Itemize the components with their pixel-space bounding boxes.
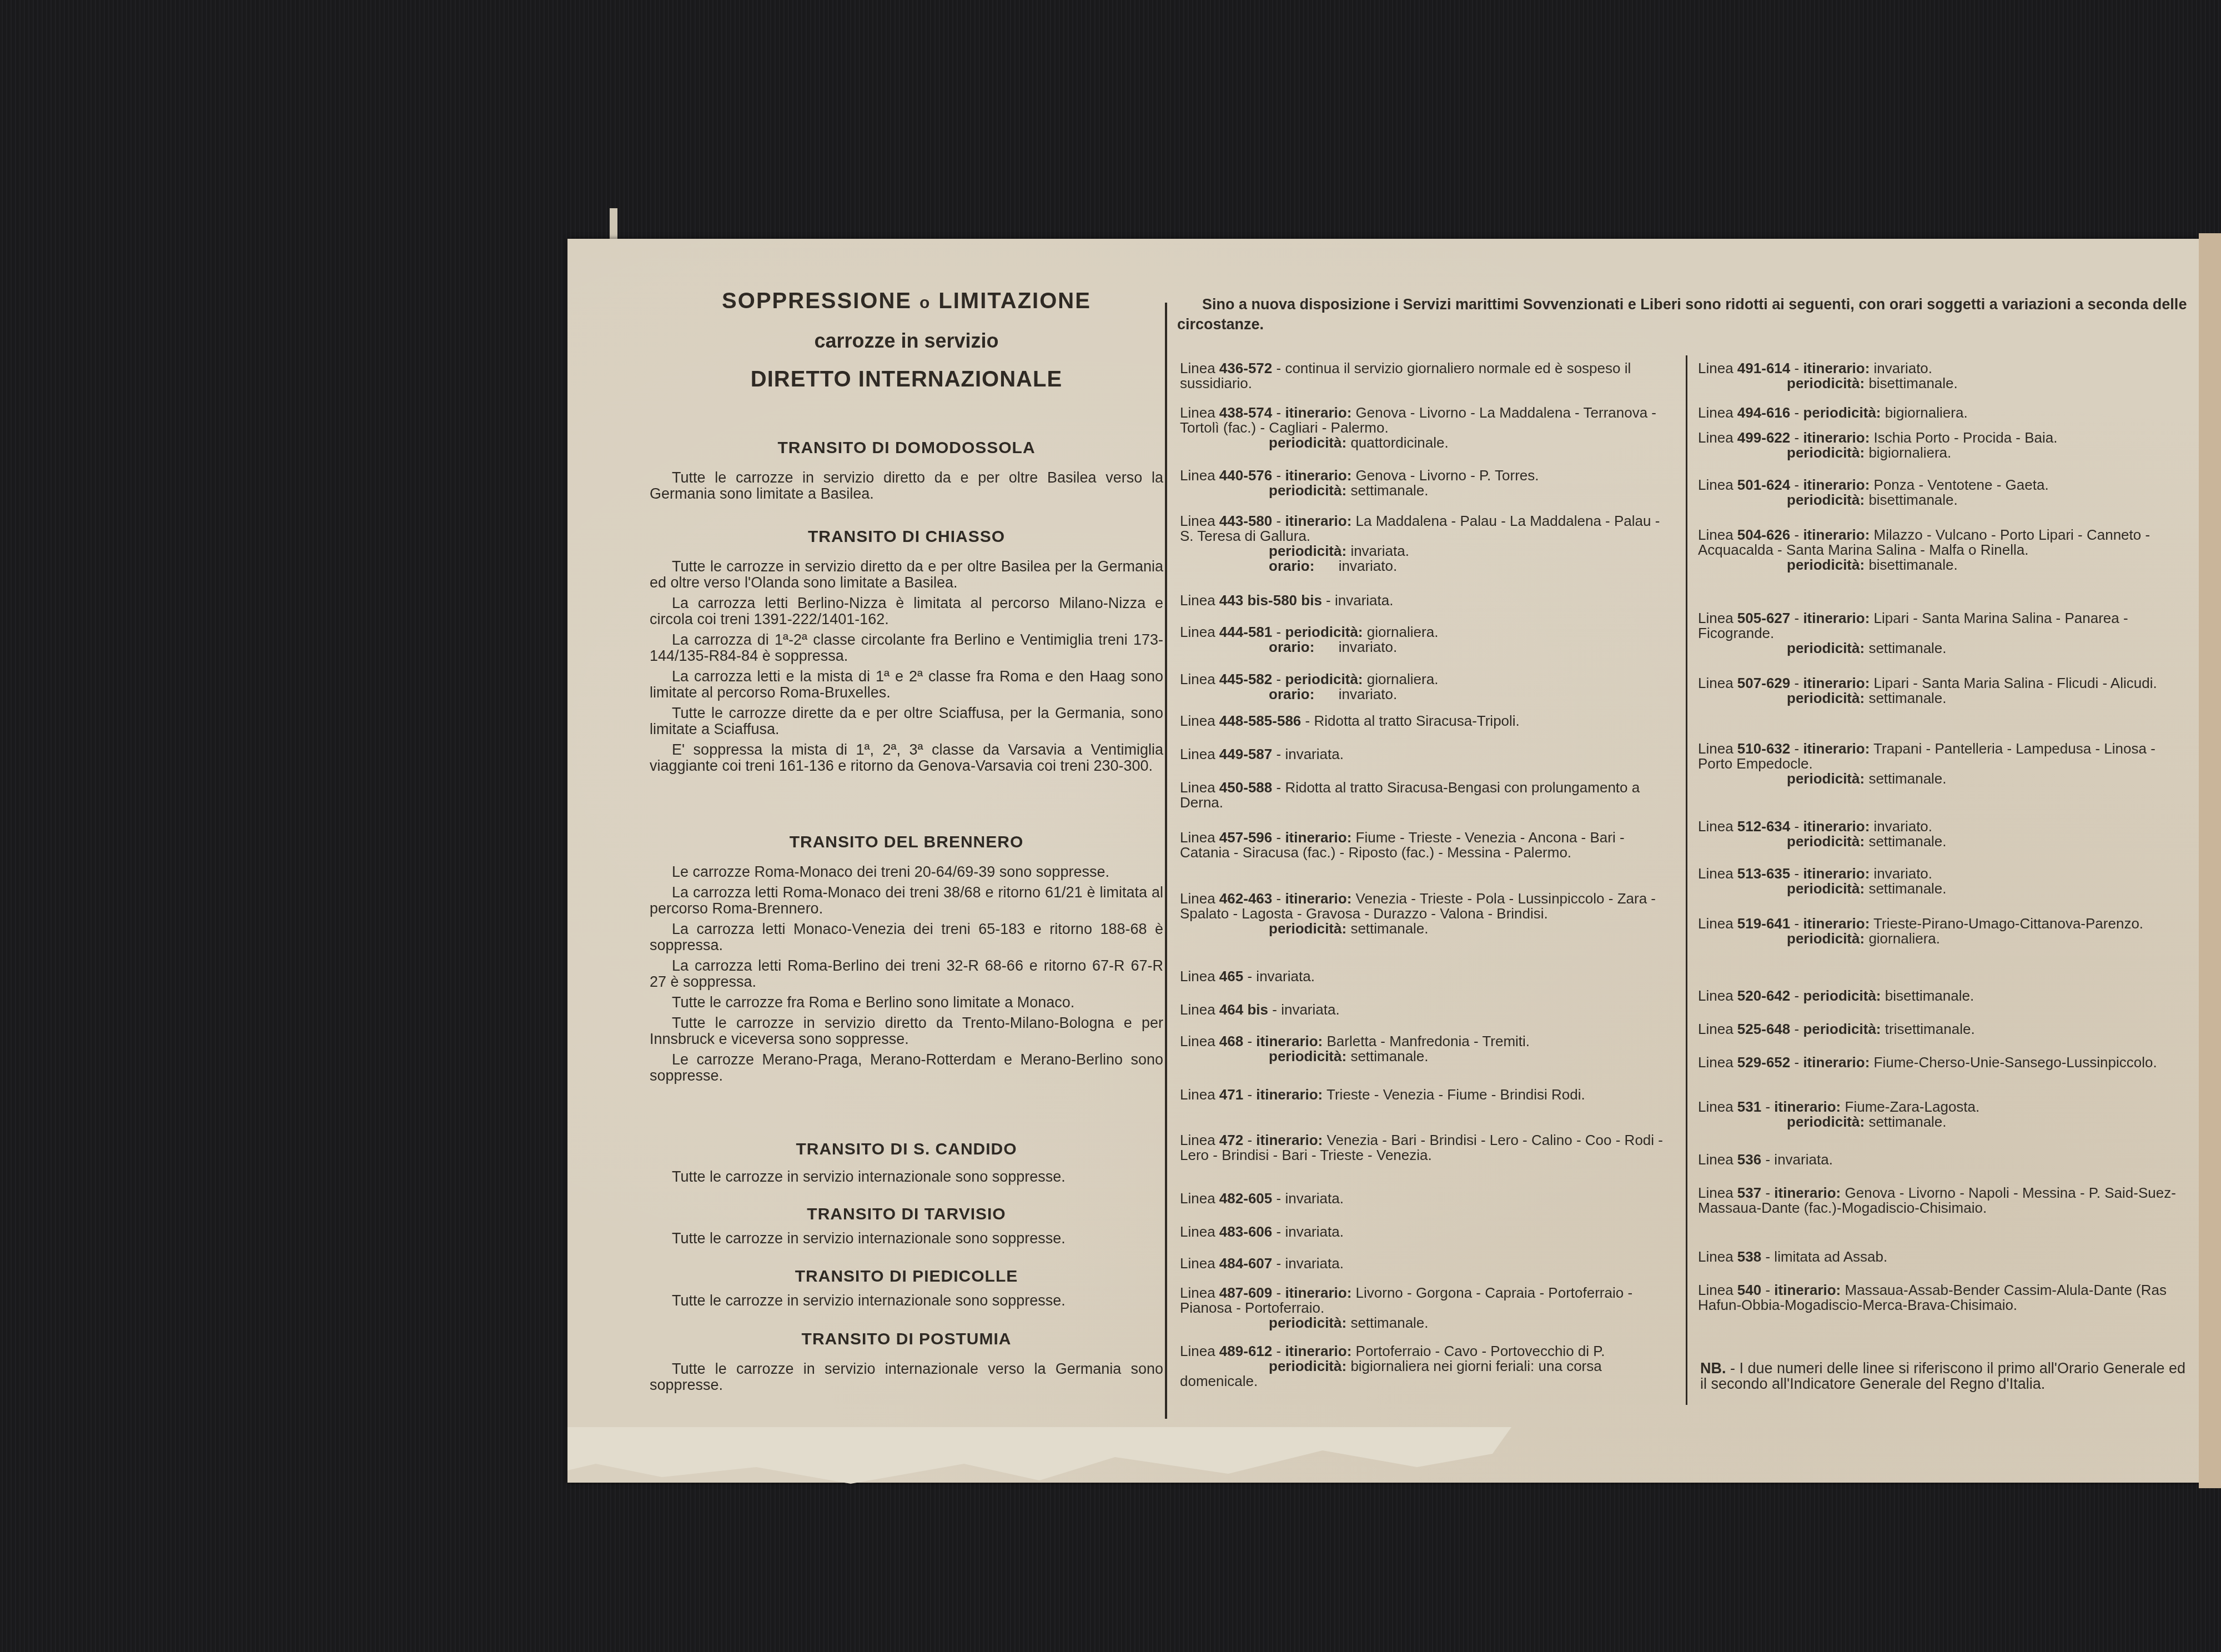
shipping-line-entry: Linea 494-616 - periodicità: bigiornalie…	[1698, 405, 2192, 420]
title-conjunction: o	[919, 294, 931, 312]
frequency-value: settimanale.	[1868, 880, 1946, 897]
periodicita-key: periodicità:	[1269, 543, 1346, 559]
itinerario-key: itinerario:	[1803, 818, 1870, 835]
line-number: 491-614	[1737, 360, 1790, 376]
shipping-line-entry: Linea 471 - itinerario: Trieste - Venezi…	[1180, 1087, 1674, 1102]
line-number: 540	[1737, 1282, 1761, 1298]
binding-spine	[2199, 233, 2221, 1488]
periodicita-key: periodicità:	[1269, 920, 1346, 937]
periodicita-key: periodicità:	[1269, 482, 1346, 499]
line-number: 499-622	[1737, 429, 1790, 446]
linea-label: Linea	[1180, 360, 1215, 376]
itinerary-value: Barletta - Manfredonia - Tremiti.	[1327, 1033, 1530, 1050]
line-status: invariata.	[1335, 592, 1394, 609]
linea-label: Linea	[1180, 1343, 1215, 1359]
shipping-line-entry: Linea 501-624 - itinerario: Ponza - Vent…	[1698, 478, 2192, 508]
linea-label: Linea	[1180, 890, 1215, 907]
linea-label: Linea	[1698, 915, 1733, 932]
shipping-line-entry: Linea 505-627 - itinerario: Lipari - San…	[1698, 611, 2192, 656]
line-number: 471	[1219, 1086, 1243, 1103]
section-postumia: TRANSITO DI POSTUMIA Tutte le carrozze i…	[650, 1330, 1163, 1398]
periodicita-key: periodicità:	[1787, 880, 1865, 897]
itinerario-key: itinerario:	[1256, 1086, 1323, 1103]
linea-label: Linea	[1180, 1223, 1215, 1240]
linea-label: Linea	[1698, 987, 1733, 1004]
linea-label: Linea	[1698, 1282, 1733, 1298]
line-status: invariata.	[1285, 746, 1344, 762]
shipping-line-entry: Linea 436-572 - continua il servizio gio…	[1180, 361, 1674, 391]
paragraph: Tutte le carrozze in servizio diretto da…	[650, 470, 1163, 502]
periodicita-key: periodicità:	[1269, 1314, 1346, 1331]
frequency-value: settimanale.	[1350, 1314, 1428, 1331]
linea-label: Linea	[1180, 1086, 1215, 1103]
shipping-line-entry: Linea 487-609 - itinerario: Livorno - Go…	[1180, 1286, 1674, 1330]
paragraph: La carrozza letti Roma-Monaco dei treni …	[650, 885, 1163, 917]
linea-label: Linea	[1180, 1132, 1215, 1148]
paragraph: La carrozza di 1ª-2ª classe circolante f…	[650, 632, 1163, 664]
line-number: 484-607	[1219, 1255, 1272, 1272]
linea-label: Linea	[1698, 429, 1733, 446]
title-word-limitazione: LIMITAZIONE	[938, 289, 1091, 313]
linea-label: Linea	[1180, 746, 1215, 762]
linea-label: Linea	[1698, 818, 1733, 835]
periodicita-key: periodicità:	[1787, 444, 1865, 461]
linea-label: Linea	[1180, 671, 1215, 687]
itinerary-value: Genova - Livorno - P. Torres.	[1356, 467, 1539, 484]
line-number: 457-596	[1219, 829, 1272, 846]
line-number: 444-581	[1219, 624, 1272, 640]
itinerario-key: itinerario:	[1256, 1132, 1323, 1148]
linea-label: Linea	[1698, 360, 1733, 376]
itinerary-value: Ponza - Ventotene - Gaeta.	[1874, 476, 2049, 493]
shipping-line-entry: Linea 519-641 - itinerario: Trieste-Pira…	[1698, 916, 2192, 946]
line-number: 449-587	[1219, 746, 1272, 762]
periodicita-key: periodicità:	[1285, 671, 1363, 687]
linea-label: Linea	[1180, 968, 1215, 985]
main-title: SOPPRESSIONEoLIMITAZIONE	[650, 289, 1163, 314]
line-number: 505-627	[1737, 610, 1790, 626]
shipping-line-entry: Linea 513-635 - itinerario: invariato.pe…	[1698, 866, 2192, 896]
linea-label: Linea	[1698, 1021, 1733, 1037]
section-domodossola: TRANSITO DI DOMODOSSOLA Tutte le carrozz…	[650, 439, 1163, 506]
itinerary-value: Ischia Porto - Procida - Baia.	[1874, 429, 2058, 446]
periodicita-key: periodicità:	[1787, 375, 1865, 391]
line-number: 440-576	[1219, 467, 1272, 484]
line-number: 445-582	[1219, 671, 1272, 687]
itinerario-key: itinerario:	[1256, 1033, 1323, 1050]
paragraph: Tutte le carrozze in servizio internazio…	[650, 1169, 1163, 1185]
frequency-value: settimanale.	[1350, 1048, 1428, 1064]
section-heading: TRANSITO DI CHIASSO	[650, 528, 1163, 546]
shipping-line-entry: Linea 520-642 - periodicità: bisettimana…	[1698, 988, 2192, 1003]
linea-label: Linea	[1180, 1190, 1215, 1207]
periodicita-key: periodicità:	[1803, 987, 1881, 1004]
periodicita-key: periodicità:	[1787, 690, 1865, 706]
paragraph: Tutte le carrozze in servizio internazio…	[650, 1293, 1163, 1309]
frequency-value: invariata.	[1350, 543, 1409, 559]
itinerario-key: itinerario:	[1803, 865, 1870, 882]
itinerario-key: itinerario:	[1803, 675, 1870, 691]
section-s-candido: TRANSITO DI S. CANDIDO Tutte le carrozze…	[650, 1140, 1163, 1189]
line-number: 450-588	[1219, 779, 1272, 796]
itinerario-key: itinerario:	[1803, 526, 1870, 543]
linea-label: Linea	[1698, 1151, 1733, 1168]
itinerario-key: itinerario:	[1803, 360, 1870, 376]
paragraph: La carrozza letti Monaco-Venezia dei tre…	[650, 921, 1163, 953]
shipping-line-entry: Linea 536 - invariata.	[1698, 1152, 2192, 1167]
footnote: NB. - I due numeri delle linee si riferi…	[1700, 1360, 2189, 1392]
shipping-line-entry: Linea 449-587 - invariata.	[1180, 747, 1674, 762]
linea-label: Linea	[1698, 675, 1733, 691]
subtitle: carrozze in servizio	[650, 329, 1163, 353]
shipping-line-entry: Linea 531 - itinerario: Fiume-Zara-Lagos…	[1698, 1099, 2192, 1129]
title-diretto-internazionale: DIRETTO INTERNAZIONALE	[650, 367, 1163, 392]
line-number: 438-574	[1219, 404, 1272, 421]
linea-label: Linea	[1180, 829, 1215, 846]
periodicita-key: periodicità:	[1803, 1021, 1881, 1037]
line-number: 464 bis	[1219, 1001, 1268, 1018]
periodicita-key: periodicità:	[1269, 434, 1346, 451]
paragraph: Tutte le carrozze dirette da e per oltre…	[650, 705, 1163, 737]
linea-label: Linea	[1180, 712, 1215, 729]
itinerary-value: Fiume-Zara-Lagosta.	[1845, 1098, 1980, 1115]
line-number: 536	[1737, 1151, 1761, 1168]
line-number: 507-629	[1737, 675, 1790, 691]
paragraph: Le carrozze Roma-Monaco dei treni 20-64/…	[650, 864, 1163, 880]
title-word-soppressione: SOPPRESSIONE	[722, 289, 912, 313]
linea-label: Linea	[1180, 624, 1215, 640]
frequency-value: settimanale.	[1868, 690, 1946, 706]
shipping-line-entry: Linea 540 - itinerario: Massaua-Assab-Be…	[1698, 1283, 2192, 1313]
shipping-line-entry: Linea 465 - invariata.	[1180, 969, 1674, 984]
intro-notice: Sino a nuova disposizione i Servizi mari…	[1177, 294, 2199, 334]
linea-label: Linea	[1698, 1054, 1733, 1071]
line-number: 525-648	[1737, 1021, 1790, 1037]
frequency-value: bisettimanale.	[1868, 556, 1957, 573]
shipping-line-entry: Linea 499-622 - itinerario: Ischia Porto…	[1698, 430, 2192, 460]
section-heading: TRANSITO DI TARVISIO	[650, 1205, 1163, 1224]
line-number: 531	[1737, 1098, 1761, 1115]
line-number: 513-635	[1737, 865, 1790, 882]
itinerario-key: itinerario:	[1285, 829, 1351, 846]
line-number: 487-609	[1219, 1284, 1272, 1301]
paragraph: Tutte le carrozze in servizio diretto da…	[650, 559, 1163, 591]
shipping-line-entry: Linea 450-588 - Ridotta al tratto Siracu…	[1180, 780, 1674, 810]
frequency-value: bigiornaliera.	[1868, 444, 1951, 461]
shipping-line-entry: Linea 438-574 - itinerario: Genova - Liv…	[1180, 405, 1674, 450]
line-status: invariata.	[1281, 1001, 1340, 1018]
paragraph: La carrozza letti Berlino-Nizza è limita…	[650, 595, 1163, 627]
linea-label: Linea	[1698, 865, 1733, 882]
frequency-value: bigiornaliera nei giorni feriali: una co…	[1180, 1358, 1602, 1389]
linea-label: Linea	[1698, 476, 1733, 493]
shipping-line-entry: Linea 491-614 - itinerario: invariato.pe…	[1698, 361, 2192, 391]
itinerario-key: itinerario:	[1803, 1054, 1870, 1071]
line-number: 501-624	[1737, 476, 1790, 493]
periodicita-key: periodicità:	[1787, 1113, 1865, 1130]
itinerario-key: itinerario:	[1774, 1184, 1841, 1201]
periodicita-key: periodicità:	[1787, 833, 1865, 850]
periodicita-key: periodicità:	[1787, 491, 1865, 508]
linea-label: Linea	[1180, 1001, 1215, 1018]
frequency-value: settimanale.	[1868, 833, 1946, 850]
frequency-value: settimanale.	[1868, 640, 1946, 656]
itinerary-value: invariato.	[1874, 360, 1933, 376]
itinerary-value: Portoferraio - Cavo - Portovecchio di P.	[1356, 1343, 1605, 1359]
line-status: Ridotta al tratto Siracusa-Tripoli.	[1314, 712, 1519, 729]
frequency-value: giornaliera.	[1868, 930, 1940, 947]
paragraph: Tutte le carrozze fra Roma e Berlino son…	[650, 995, 1163, 1011]
shipping-line-entry: Linea 443-580 - itinerario: La Maddalena…	[1180, 514, 1674, 574]
frequency-value: giornaliera.	[1367, 624, 1439, 640]
line-number: 482-605	[1219, 1190, 1272, 1207]
frequency-value: bisettimanale.	[1868, 491, 1957, 508]
page-tab	[610, 208, 617, 242]
line-status: limitata ad Assab.	[1774, 1248, 1887, 1265]
line-number: 462-463	[1219, 890, 1272, 907]
section-chiasso: TRANSITO DI CHIASSO Tutte le carrozze in…	[650, 528, 1163, 779]
itinerary-value: Fiume-Cherso-Unie-Sansego-Lussinpiccolo.	[1874, 1054, 2157, 1071]
itinerario-key: itinerario:	[1803, 740, 1870, 757]
orario-key: orario:	[1269, 639, 1314, 655]
paragraph: La carrozza letti e la mista di 1ª e 2ª …	[650, 669, 1163, 701]
linea-label: Linea	[1180, 779, 1215, 796]
line-number: 538	[1737, 1248, 1761, 1265]
schedule-value: invariato.	[1339, 558, 1398, 574]
line-number: 510-632	[1737, 740, 1790, 757]
section-heading: TRANSITO DI POSTUMIA	[650, 1330, 1163, 1349]
itinerario-key: itinerario:	[1285, 1343, 1351, 1359]
line-number: 494-616	[1737, 404, 1790, 421]
section-heading: TRANSITO DI S. CANDIDO	[650, 1140, 1163, 1159]
frequency-value: quattordicinale.	[1350, 434, 1448, 451]
section-piedicolle: TRANSITO DI PIEDICOLLE Tutte le carrozze…	[650, 1267, 1163, 1313]
itinerario-key: itinerario:	[1803, 429, 1870, 446]
left-column: SOPPRESSIONEoLIMITAZIONE carrozze in ser…	[650, 289, 1163, 392]
itinerario-key: itinerario:	[1285, 467, 1351, 484]
shipping-line-entry: Linea 448-585-586 - Ridotta al tratto Si…	[1180, 714, 1674, 729]
orario-key: orario:	[1269, 558, 1314, 574]
line-number: 436-572	[1219, 360, 1272, 376]
frequency-value: bisettimanale.	[1868, 375, 1957, 391]
orario-key: orario:	[1269, 686, 1314, 702]
frequency-value: trisettimanale.	[1885, 1021, 1975, 1037]
line-number: 520-642	[1737, 987, 1790, 1004]
shipping-line-entry: Linea 444-581 - periodicità: giornaliera…	[1180, 625, 1674, 655]
periodicita-key: periodicità:	[1787, 640, 1865, 656]
line-number: 489-612	[1219, 1343, 1272, 1359]
shipping-line-entry: Linea 538 - limitata ad Assab.	[1698, 1249, 2192, 1264]
periodicita-key: periodicità:	[1787, 930, 1865, 947]
line-number: 443-580	[1219, 513, 1272, 529]
section-heading: TRANSITO DI PIEDICOLLE	[650, 1267, 1163, 1286]
shipping-line-entry: Linea 529-652 - itinerario: Fiume-Cherso…	[1698, 1055, 2192, 1070]
shipping-line-entry: Linea 443 bis-580 bis - invariata.	[1180, 593, 1674, 608]
line-number: 529-652	[1737, 1054, 1790, 1071]
line-number: 443 bis-580 bis	[1219, 592, 1322, 609]
itinerary-value: invariato.	[1874, 865, 1933, 882]
linea-label: Linea	[1698, 610, 1733, 626]
shipping-line-entry: Linea 457-596 - itinerario: Fiume - Trie…	[1180, 830, 1674, 860]
line-number: 512-634	[1737, 818, 1790, 835]
shipping-line-entry: Linea 537 - itinerario: Genova - Livorno…	[1698, 1186, 2192, 1216]
shipping-line-entry: Linea 482-605 - invariata.	[1180, 1191, 1674, 1206]
shipping-line-entry: Linea 504-626 - itinerario: Milazzo - Vu…	[1698, 528, 2192, 573]
itinerario-key: itinerario:	[1774, 1282, 1841, 1298]
itinerario-key: itinerario:	[1803, 476, 1870, 493]
itinerary-value: Trieste - Venezia - Fiume - Brindisi Rod…	[1326, 1086, 1585, 1103]
paragraph: Tutte le carrozze in servizio internazio…	[650, 1361, 1163, 1393]
itinerary-value: Trieste-Pirano-Umago-Cittanova-Parenzo.	[1873, 915, 2143, 932]
line-status: invariata.	[1285, 1255, 1344, 1272]
shipping-line-entry: Linea 489-612 - itinerario: Portoferraio…	[1180, 1344, 1674, 1389]
linea-label: Linea	[1698, 404, 1733, 421]
line-number: 472	[1219, 1132, 1243, 1148]
itinerario-key: itinerario:	[1285, 890, 1351, 907]
linea-label: Linea	[1180, 1284, 1215, 1301]
line-number: 537	[1737, 1184, 1761, 1201]
line-status: invariata.	[1256, 968, 1315, 985]
paragraph: Le carrozze Merano-Praga, Merano-Rotterd…	[650, 1052, 1163, 1084]
linea-label: Linea	[1698, 740, 1733, 757]
linea-label: Linea	[1180, 467, 1215, 484]
periodicita-key: periodicità:	[1787, 556, 1865, 573]
line-number: 468	[1219, 1033, 1243, 1050]
footnote-text: I due numeri delle linee si riferiscono …	[1700, 1360, 2185, 1392]
line-number: 519-641	[1737, 915, 1790, 932]
shipping-line-entry: Linea 464 bis - invariata.	[1180, 1002, 1674, 1017]
frequency-value: bisettimanale.	[1885, 987, 1974, 1004]
line-number: 483-606	[1219, 1223, 1272, 1240]
section-heading: TRANSITO DEL BRENNERO	[650, 833, 1163, 852]
shipping-line-entry: Linea 445-582 - periodicità: giornaliera…	[1180, 672, 1674, 702]
column-divider	[1165, 303, 1167, 1419]
schedule-value: invariato.	[1339, 639, 1398, 655]
linea-label: Linea	[1180, 513, 1215, 529]
periodicita-key: periodicità:	[1269, 1358, 1346, 1374]
periodicita-key: periodicità:	[1803, 404, 1881, 421]
linea-label: Linea	[1180, 404, 1215, 421]
frequency-value: bigiornaliera.	[1885, 404, 1968, 421]
line-number: 448-585-586	[1219, 712, 1301, 729]
frequency-value: settimanale.	[1350, 482, 1428, 499]
shipping-line-entry: Linea 468 - itinerario: Barletta - Manfr…	[1180, 1034, 1674, 1064]
shipping-line-entry: Linea 462-463 - itinerario: Venezia - Tr…	[1180, 891, 1674, 936]
itinerario-key: itinerario:	[1285, 404, 1351, 421]
periodicita-key: periodicità:	[1269, 1048, 1346, 1064]
paragraph: La carrozza letti Roma-Berlino dei treni…	[650, 958, 1163, 990]
section-tarvisio: TRANSITO DI TARVISIO Tutte le carrozze i…	[650, 1205, 1163, 1251]
itinerary-value: Lipari - Santa Maria Salina - Flicudi - …	[1874, 675, 2157, 691]
section-brennero: TRANSITO DEL BRENNERO Le carrozze Roma-M…	[650, 833, 1163, 1088]
linea-label: Linea	[1180, 1255, 1215, 1272]
paragraph: Tutte le carrozze in servizio diretto da…	[650, 1015, 1163, 1047]
frequency-value: settimanale.	[1868, 770, 1946, 787]
line-status: invariata.	[1774, 1151, 1833, 1168]
shipping-line-entry: Linea 512-634 - itinerario: invariato.pe…	[1698, 819, 2192, 849]
linea-label: Linea	[1180, 592, 1215, 609]
itinerario-key: itinerario:	[1803, 610, 1870, 626]
frequency-value: giornaliera.	[1367, 671, 1439, 687]
section-heading: TRANSITO DI DOMODOSSOLA	[650, 439, 1163, 458]
linea-label: Linea	[1698, 526, 1733, 543]
line-status: invariata.	[1285, 1223, 1344, 1240]
shipping-line-entry: Linea 440-576 - itinerario: Genova - Liv…	[1180, 468, 1674, 498]
line-number: 465	[1219, 968, 1243, 985]
shipping-line-entry: Linea 525-648 - periodicità: trisettiman…	[1698, 1022, 2192, 1037]
footnote-dash: -	[1726, 1360, 1740, 1377]
line-status: invariata.	[1285, 1190, 1344, 1207]
shipping-line-entry: Linea 472 - itinerario: Venezia - Bari -…	[1180, 1133, 1674, 1163]
shipping-line-entry: Linea 507-629 - itinerario: Lipari - San…	[1698, 676, 2192, 706]
frequency-value: settimanale.	[1350, 920, 1428, 937]
shipping-line-entry: Linea 484-607 - invariata.	[1180, 1256, 1674, 1271]
paragraph: Tutte le carrozze in servizio internazio…	[650, 1231, 1163, 1247]
itinerario-key: itinerario:	[1285, 513, 1351, 529]
periodicita-key: periodicità:	[1285, 624, 1363, 640]
right-column: Sino a nuova disposizione i Servizi mari…	[1177, 294, 2199, 334]
shipping-line-entry: Linea 483-606 - invariata.	[1180, 1224, 1674, 1239]
shipping-line-entry: Linea 510-632 - itinerario: Trapani - Pa…	[1698, 741, 2192, 786]
itinerario-key: itinerario:	[1803, 915, 1870, 932]
paragraph: E' soppressa la mista di 1ª, 2ª, 3ª clas…	[650, 742, 1163, 774]
periodicita-key: periodicità:	[1787, 770, 1865, 787]
line-number: 504-626	[1737, 526, 1790, 543]
itinerary-value: invariato.	[1874, 818, 1933, 835]
footnote-label: NB.	[1700, 1360, 1726, 1377]
linea-label: Linea	[1698, 1248, 1733, 1265]
linea-label: Linea	[1698, 1184, 1733, 1201]
frequency-value: settimanale.	[1868, 1113, 1946, 1130]
linea-label: Linea	[1698, 1098, 1733, 1115]
linea-label: Linea	[1180, 1033, 1215, 1050]
itinerario-key: itinerario:	[1285, 1284, 1351, 1301]
schedule-value: invariato.	[1339, 686, 1398, 702]
subcolumn-divider	[1686, 355, 1687, 1405]
itinerario-key: itinerario:	[1774, 1098, 1841, 1115]
